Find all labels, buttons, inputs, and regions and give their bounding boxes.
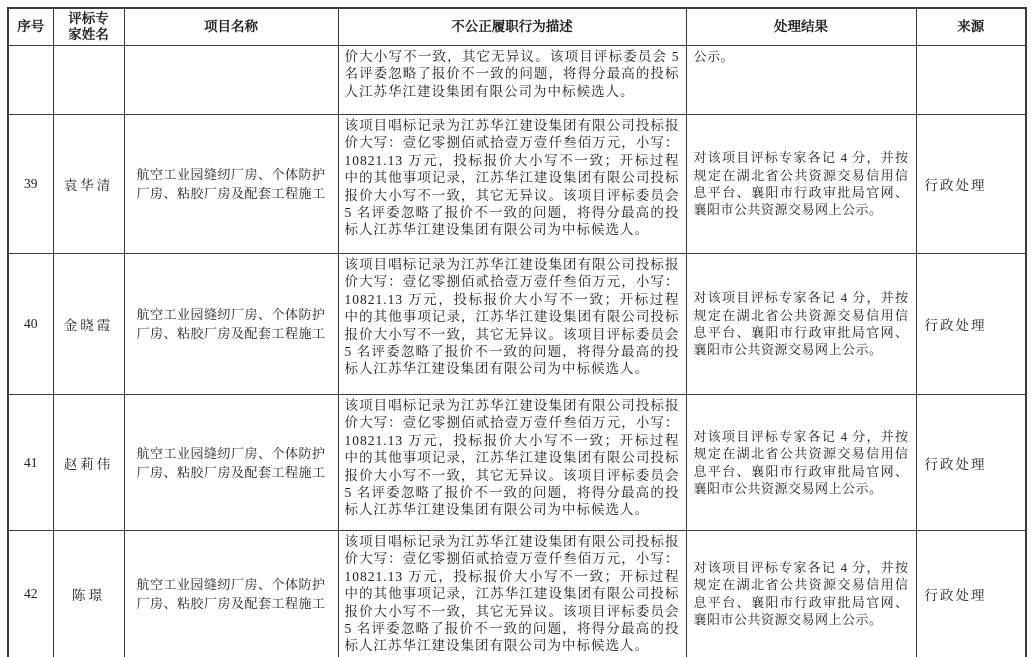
- cell-project-name: 航空工业园缝纫厂房、个体防护厂房、粘胶厂房及配套工程施工: [124, 531, 338, 657]
- table-row-partial: 价大小写不一致，其它无异议。该项目评标委员会 5 名评委忽略了报价不一致的问题，…: [8, 46, 1026, 115]
- cell-source: 行政处理: [916, 254, 1026, 395]
- cell-handling-result: 对该项目评标专家各记 4 分，并按规定在湖北省公共资源交易信用信息平台、襄阳市行…: [686, 115, 916, 254]
- header-source: 来源: [916, 8, 1026, 46]
- expert-misconduct-table: 序号 评标专 家姓名 项目名称 不公正履职行为描述 处理结果 来源 价大小写不一…: [7, 7, 1027, 657]
- cell-project-name: 航空工业园缝纫厂房、个体防护厂房、粘胶厂房及配套工程施工: [124, 395, 338, 531]
- table-row-42: 42 陈璟 航空工业园缝纫厂房、个体防护厂房、粘胶厂房及配套工程施工 该项目唱标…: [8, 531, 1026, 657]
- header-expert-name: 评标专 家姓名: [53, 8, 124, 46]
- cell-handling-result: 对该项目评标专家各记 4 分，并按规定在湖北省公共资源交易信用信息平台、襄阳市行…: [686, 395, 916, 531]
- cell-expert-name: [53, 46, 124, 115]
- cell-source: 行政处理: [916, 395, 1026, 531]
- table-header-row: 序号 评标专 家姓名 项目名称 不公正履职行为描述 处理结果 来源: [8, 8, 1026, 46]
- cell-handling-result: 对该项目评标专家各记 4 分，并按规定在湖北省公共资源交易信用信息平台、襄阳市行…: [686, 254, 916, 395]
- cell-expert-name: 袁华清: [53, 115, 124, 254]
- cell-expert-name: 金晓霞: [53, 254, 124, 395]
- cell-serial-number: 39: [8, 115, 53, 254]
- header-project-name: 项目名称: [124, 8, 338, 46]
- cell-source: [916, 46, 1026, 115]
- header-handling-result: 处理结果: [686, 8, 916, 46]
- table-row-40: 40 金晓霞 航空工业园缝纫厂房、个体防护厂房、粘胶厂房及配套工程施工 该项目唱…: [8, 254, 1026, 395]
- cell-source: 行政处理: [916, 115, 1026, 254]
- header-serial-number: 序号: [8, 8, 53, 46]
- cell-misconduct-description: 价大小写不一致，其它无异议。该项目评标委员会 5 名评委忽略了报价不一致的问题，…: [338, 46, 686, 115]
- cell-serial-number: 42: [8, 531, 53, 657]
- document-page: 序号 评标专 家姓名 项目名称 不公正履职行为描述 处理结果 来源 价大小写不一…: [0, 0, 1032, 657]
- cell-handling-result: 对该项目评标专家各记 4 分，并按规定在湖北省公共资源交易信用信息平台、襄阳市行…: [686, 531, 916, 657]
- cell-misconduct-description: 该项目唱标记录为江苏华江建设集团有限公司投标报价大写：壹亿零捌佰贰拾壹万壹仟叁佰…: [338, 254, 686, 395]
- header-misconduct-description: 不公正履职行为描述: [338, 8, 686, 46]
- cell-project-name: 航空工业园缝纫厂房、个体防护厂房、粘胶厂房及配套工程施工: [124, 115, 338, 254]
- cell-misconduct-description: 该项目唱标记录为江苏华江建设集团有限公司投标报价大写：壹亿零捌佰贰拾壹万壹仟叁佰…: [338, 531, 686, 657]
- cell-misconduct-description: 该项目唱标记录为江苏华江建设集团有限公司投标报价大写：壹亿零捌佰贰拾壹万壹仟叁佰…: [338, 395, 686, 531]
- cell-misconduct-description: 该项目唱标记录为江苏华江建设集团有限公司投标报价大写：壹亿零捌佰贰拾壹万壹仟叁佰…: [338, 115, 686, 254]
- table-row-39: 39 袁华清 航空工业园缝纫厂房、个体防护厂房、粘胶厂房及配套工程施工 该项目唱…: [8, 115, 1026, 254]
- cell-serial-number: [8, 46, 53, 115]
- table-row-41: 41 赵莉伟 航空工业园缝纫厂房、个体防护厂房、粘胶厂房及配套工程施工 该项目唱…: [8, 395, 1026, 531]
- cell-project-name: 航空工业园缝纫厂房、个体防护厂房、粘胶厂房及配套工程施工: [124, 254, 338, 395]
- cell-project-name: [124, 46, 338, 115]
- cell-expert-name: 赵莉伟: [53, 395, 124, 531]
- cell-serial-number: 40: [8, 254, 53, 395]
- cell-expert-name: 陈璟: [53, 531, 124, 657]
- cell-serial-number: 41: [8, 395, 53, 531]
- cell-handling-result: 公示。: [686, 46, 916, 115]
- cell-source: 行政处理: [916, 531, 1026, 657]
